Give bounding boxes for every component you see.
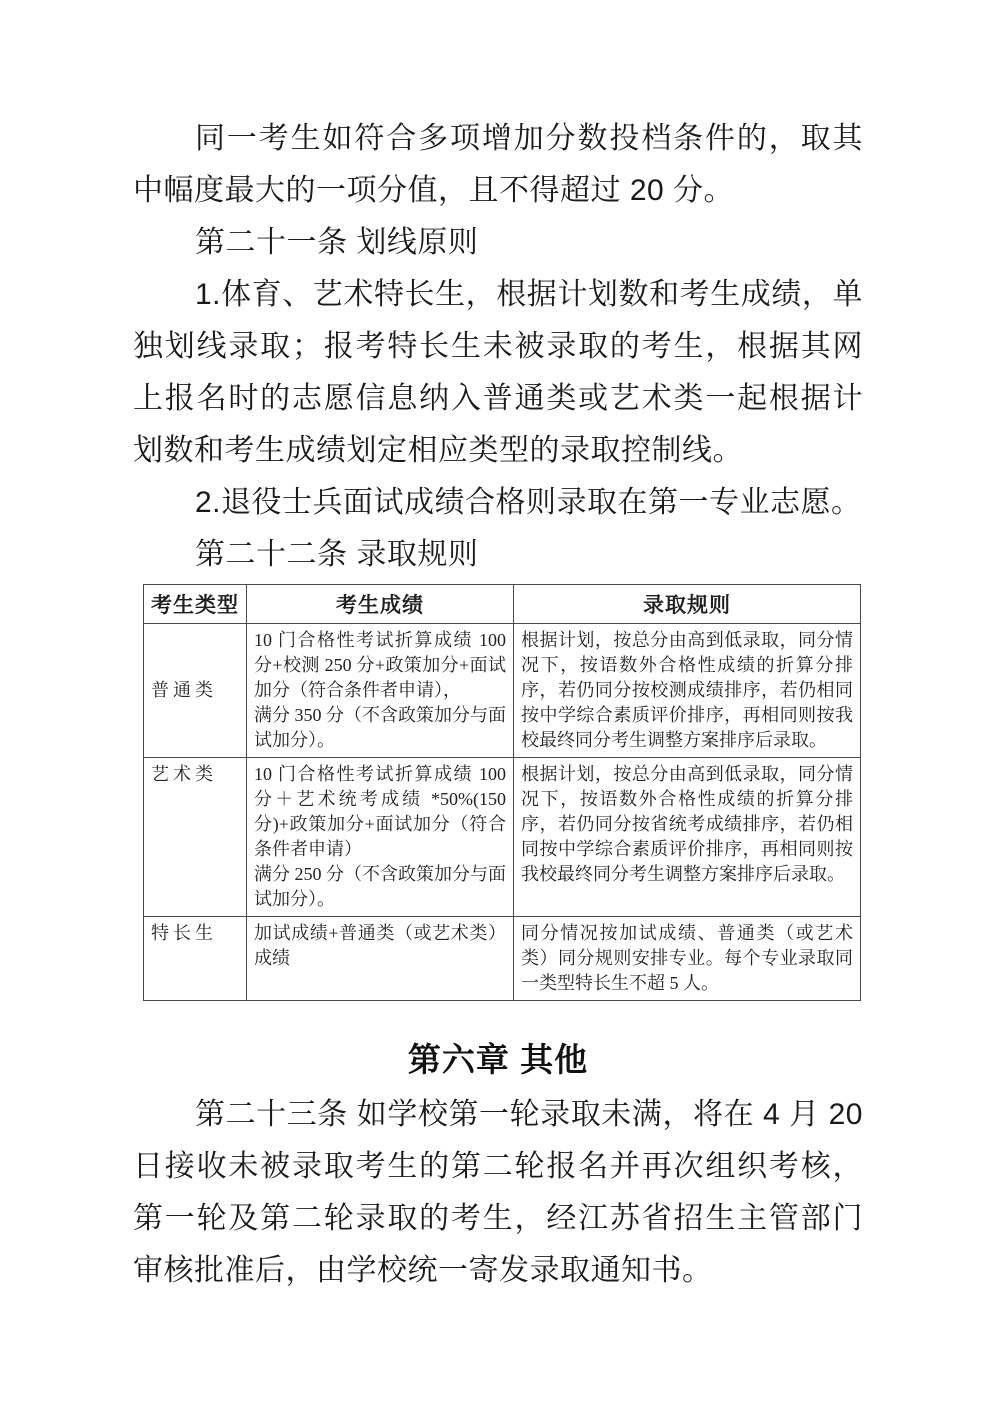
table-row-art: 艺术类 10 门合格性考试折算成绩 100 分＋艺术统考成绩 *50%(150 … — [144, 758, 861, 917]
document-page: 同一考生如符合多项增加分数投档条件的，取其中幅度最大的一项分值，且不得超过 20… — [0, 0, 996, 1411]
header-candidate-type: 考生类型 — [144, 585, 247, 624]
header-candidate-score: 考生成绩 — [247, 585, 514, 624]
candidate-type-cell: 普通类 — [144, 624, 247, 758]
paragraph-line-drawing-rule-2: 2.退役士兵面试成绩合格则录取在第一专业志愿。 — [133, 477, 863, 529]
paragraph-article-23: 第二十三条 如学校第一轮录取未满，将在 4 月 20 日接收未被录取考生的第二轮… — [133, 1089, 863, 1297]
paragraph-bonus-cap: 同一考生如符合多项增加分数投档条件的，取其中幅度最大的一项分值，且不得超过 20… — [133, 113, 863, 217]
admission-rule-cell: 同分情况按加试成绩、普通类（或艺术类）同分规则安排专业。每个专业录取同一类型特长… — [514, 917, 861, 1001]
candidate-score-cell: 10 门合格性考试折算成绩 100 分+校测 250 分+政策加分+面试加分（符… — [247, 624, 514, 758]
table-row-special-talent: 特长生 加试成绩+普通类（或艺术类）成绩 同分情况按加试成绩、普通类（或艺术类）… — [144, 917, 861, 1001]
admission-rule-cell: 根据计划，按总分由高到低录取，同分情况下，按语数外合格性成绩的折算分排序，若仍同… — [514, 758, 861, 917]
chapter-6-title: 第六章 其他 — [133, 1037, 863, 1083]
header-admission-rule: 录取规则 — [514, 585, 861, 624]
document-content: 同一考生如符合多项增加分数投档条件的，取其中幅度最大的一项分值，且不得超过 20… — [133, 0, 863, 1297]
paragraph-article-22-heading: 第二十二条 录取规则 — [133, 529, 863, 581]
paragraph-article-21-heading: 第二十一条 划线原则 — [133, 217, 863, 269]
admission-rule-cell: 根据计划，按总分由高到低录取，同分情况下，按语数外合格性成绩的折算分排序，若仍同… — [514, 624, 861, 758]
candidate-type-cell: 艺术类 — [144, 758, 247, 917]
table-row-general: 普通类 10 门合格性考试折算成绩 100 分+校测 250 分+政策加分+面试… — [144, 624, 861, 758]
candidate-type-cell: 特长生 — [144, 917, 247, 1001]
admission-rules-table: 考生类型 考生成绩 录取规则 普通类 10 门合格性考试折算成绩 100 分+校… — [143, 584, 861, 1001]
paragraph-line-drawing-rule-1: 1.体育、艺术特长生，根据计划数和考生成绩，单独划线录取；报考特长生未被录取的考… — [133, 269, 863, 477]
candidate-score-cell: 加试成绩+普通类（或艺术类）成绩 — [247, 917, 514, 1001]
table-header-row: 考生类型 考生成绩 录取规则 — [144, 585, 861, 624]
candidate-score-cell: 10 门合格性考试折算成绩 100 分＋艺术统考成绩 *50%(150 分)+政… — [247, 758, 514, 917]
